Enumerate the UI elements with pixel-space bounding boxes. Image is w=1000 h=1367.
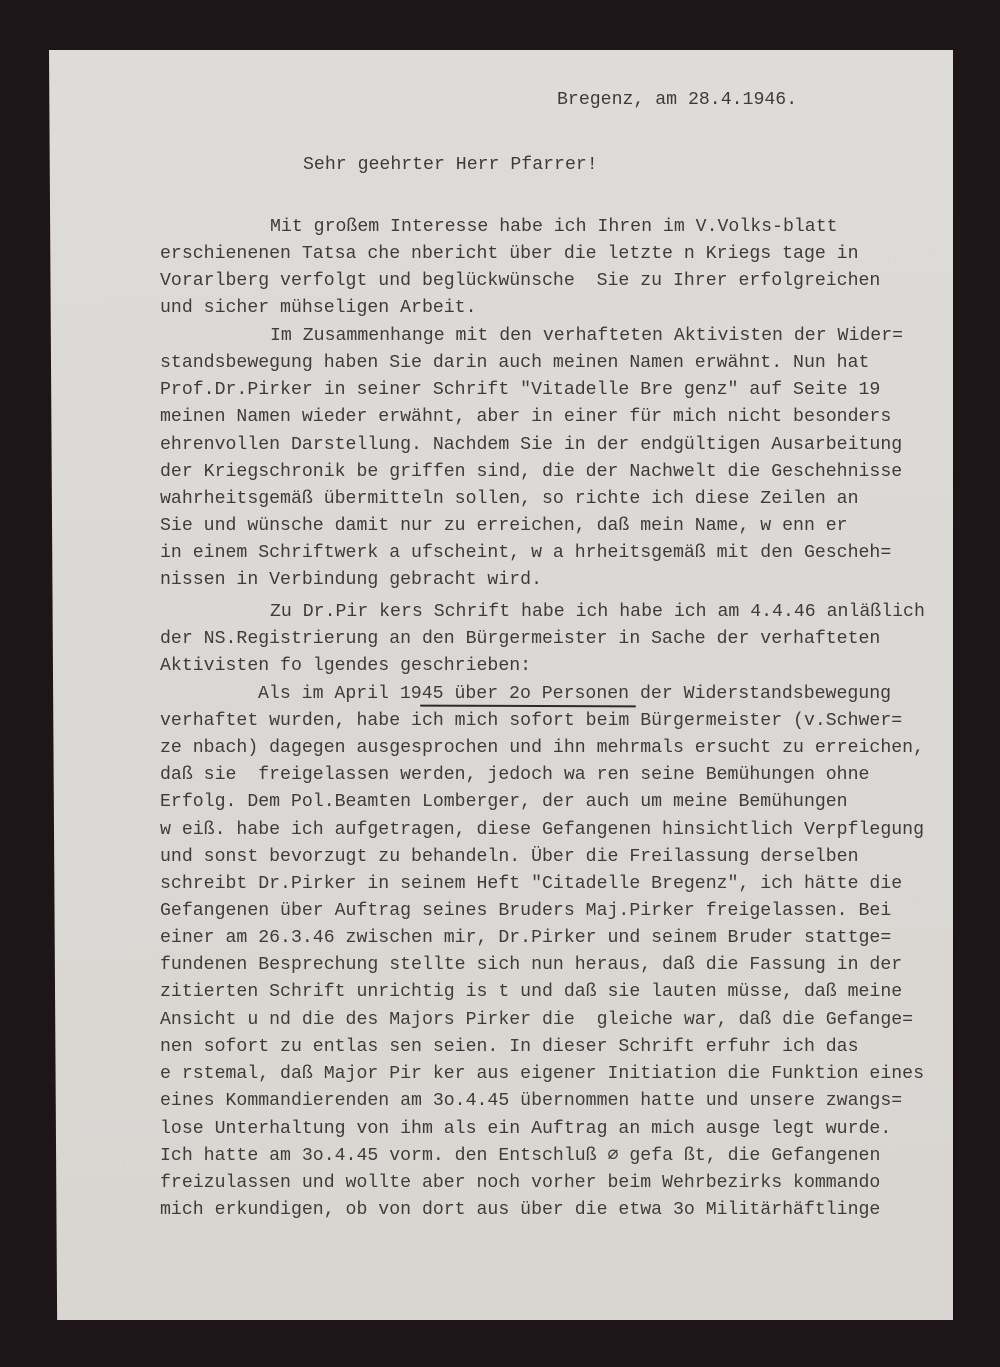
letter-line: und sonst bevorzugt zu behandeln. Über d… [160,847,859,867]
letter-line: erschienenen Tatsa che nbericht über die… [160,244,859,264]
letter-line: e rstemal, daß Major Pir ker aus eigener… [160,1064,924,1084]
letter-line: wahrheitsgemäß übermitteln sollen, so ri… [160,489,859,509]
letter-line: zitierten Schrift unrichtig is t und daß… [160,982,902,1002]
letter-line: w eiß. habe ich aufgetragen, diese Gefan… [160,820,924,840]
letter-line: und sicher mühseligen Arbeit. [160,298,477,318]
letter-line: fundenen Besprechung stellte sich nun he… [160,955,902,975]
letter-line: Prof.Dr.Pirker in seiner Schrift "Vitade… [160,380,880,400]
letter-line: lose Unterhaltung von ihm als ein Auftra… [160,1119,891,1139]
letter-line: schreibt Dr.Pirker in seinem Heft "Citad… [160,874,902,894]
letter-line: Vorarlberg verfolgt und beglückwünsche S… [160,271,880,291]
letter-line: ze nbach) dagegen ausgesprochen und ihn … [160,738,924,758]
letter-line: nissen in Verbindung gebracht wird. [160,570,542,590]
letter-line: Zu Dr.Pir kers Schrift habe ich habe ich… [270,602,925,622]
letter-line: Erfolg. Dem Pol.Beamten Lomberger, der a… [160,792,848,812]
letter-line: in einem Schriftwerk a ufscheint, w a hr… [160,543,891,563]
letter-line: meinen Namen wieder erwähnt, aber in ein… [160,407,891,427]
letter-line: der NS.Registrierung an den Bürgermeiste… [160,629,880,649]
letter-line: Sie und wünsche damit nur zu erreichen, … [160,516,848,536]
letter-line: Aktivisten fo lgendes geschrieben: [160,656,531,676]
place-date: Bregenz, am 28.4.1946. [557,90,797,110]
letter-line: Mit großem Interesse habe ich Ihren im V… [270,217,838,237]
letter-line: mich erkundigen, ob von dort aus über di… [160,1200,880,1220]
letter-line: ehrenvollen Darstellung. Nachdem Sie in … [160,435,902,455]
letter-line: verhaftet wurden, habe ich mich sofort b… [160,711,902,731]
letter-line: Ich hatte am 3o.4.45 vorm. den Entschluß… [160,1146,880,1166]
letter-line: Im Zusammenhange mit den verhafteten Akt… [270,326,903,346]
letter-line: der Kriegschronik be griffen sind, die d… [160,462,902,482]
letter-line: Gefangenen über Auftrag seines Bruders M… [160,901,891,921]
letter-line: Als im April 1945 über 2o Personen der W… [258,684,891,704]
salutation: Sehr geehrter Herr Pfarrer! [303,155,598,175]
letter-line: nen sofort zu entlas sen seien. In diese… [160,1037,859,1057]
letter-line: Ansicht u nd die des Majors Pirker die g… [160,1010,913,1030]
letter-line: standsbewegung haben Sie darin auch mein… [160,353,869,373]
letter-line: daß sie freigelassen werden, jedoch wa r… [160,765,869,785]
letter-line: eines Kommandierenden am 3o.4.45 übernom… [160,1091,902,1111]
letter-line: einer am 26.3.46 zwischen mir, Dr.Pirker… [160,928,891,948]
letter-line: freizulassen und wollte aber noch vorher… [160,1173,880,1193]
